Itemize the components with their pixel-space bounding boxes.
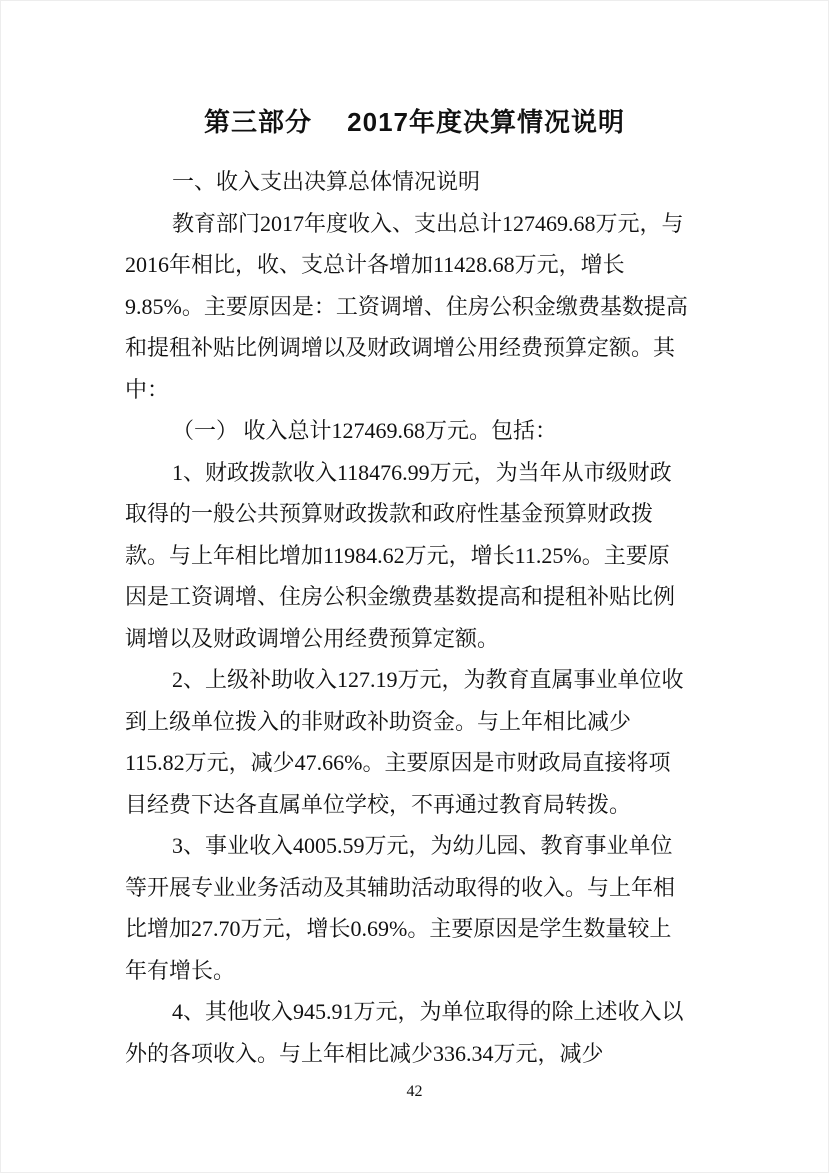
- paragraph-line: 9.85%。主要原因是：工资调增、住房公积金缴费基数提高: [125, 286, 709, 328]
- paragraph-line: 2、上级补助收入127.19万元，为教育直属事业单位收: [125, 659, 709, 701]
- paragraph-line: 教育部门2017年度收入、支出总计127469.68万元，与: [125, 203, 709, 245]
- paragraph-line: 115.82万元，减少47.66%。主要原因是市财政局直接将项: [125, 742, 709, 784]
- paragraph-line: 调增以及财政调增公用经费预算定额。: [125, 618, 709, 660]
- document-title: 第三部分 2017年度决算情况说明: [0, 103, 829, 141]
- paragraph-line: 1、财政拨款收入118476.99万元，为当年从市级财政: [125, 452, 709, 494]
- paragraph-line: 和提租补贴比例调增以及财政调增公用经费预算定额。其: [125, 327, 709, 369]
- paragraph-line: 3、事业收入4005.59万元，为幼儿园、教育事业单位: [125, 825, 709, 867]
- document-page: 第三部分 2017年度决算情况说明 一、收入支出决算总体情况说明 教育部门201…: [0, 0, 829, 1173]
- paragraph-line: 款。与上年相比增加11984.62万元，增长11.25%。主要原: [125, 535, 709, 577]
- paragraph-line: 2016年相比，收、支总计各增加11428.68万元，增长: [125, 244, 709, 286]
- document-body: 一、收入支出决算总体情况说明 教育部门2017年度收入、支出总计127469.6…: [125, 161, 709, 1074]
- section-heading: 一、收入支出决算总体情况说明: [125, 161, 709, 203]
- paragraph-line: 到上级单位拨入的非财政补助资金。与上年相比减少: [125, 701, 709, 743]
- paragraph-line: 目经费下达各直属单位学校，不再通过教育局转拨。: [125, 784, 709, 826]
- paragraph-line: 比增加27.70万元，增长0.69%。主要原因是学生数量较上: [125, 908, 709, 950]
- paragraph-line: 4、其他收入945.91万元，为单位取得的除上述收入以: [125, 991, 709, 1033]
- paragraph-line: （一） 收入总计127469.68万元。包括：: [125, 410, 709, 452]
- paragraph-line: 等开展专业业务活动及其辅助活动取得的收入。与上年相: [125, 867, 709, 909]
- paragraph-line: 因是工资调增、住房公积金缴费基数提高和提租补贴比例: [125, 576, 709, 618]
- paragraph-line: 年有增长。: [125, 950, 709, 992]
- paragraph-line: 中：: [125, 369, 709, 411]
- paragraph-line: 取得的一般公共预算财政拨款和政府性基金预算财政拨: [125, 493, 709, 535]
- page-number: 42: [0, 1082, 829, 1102]
- paragraph-line: 外的各项收入。与上年相比减少336.34万元，减少: [125, 1033, 709, 1075]
